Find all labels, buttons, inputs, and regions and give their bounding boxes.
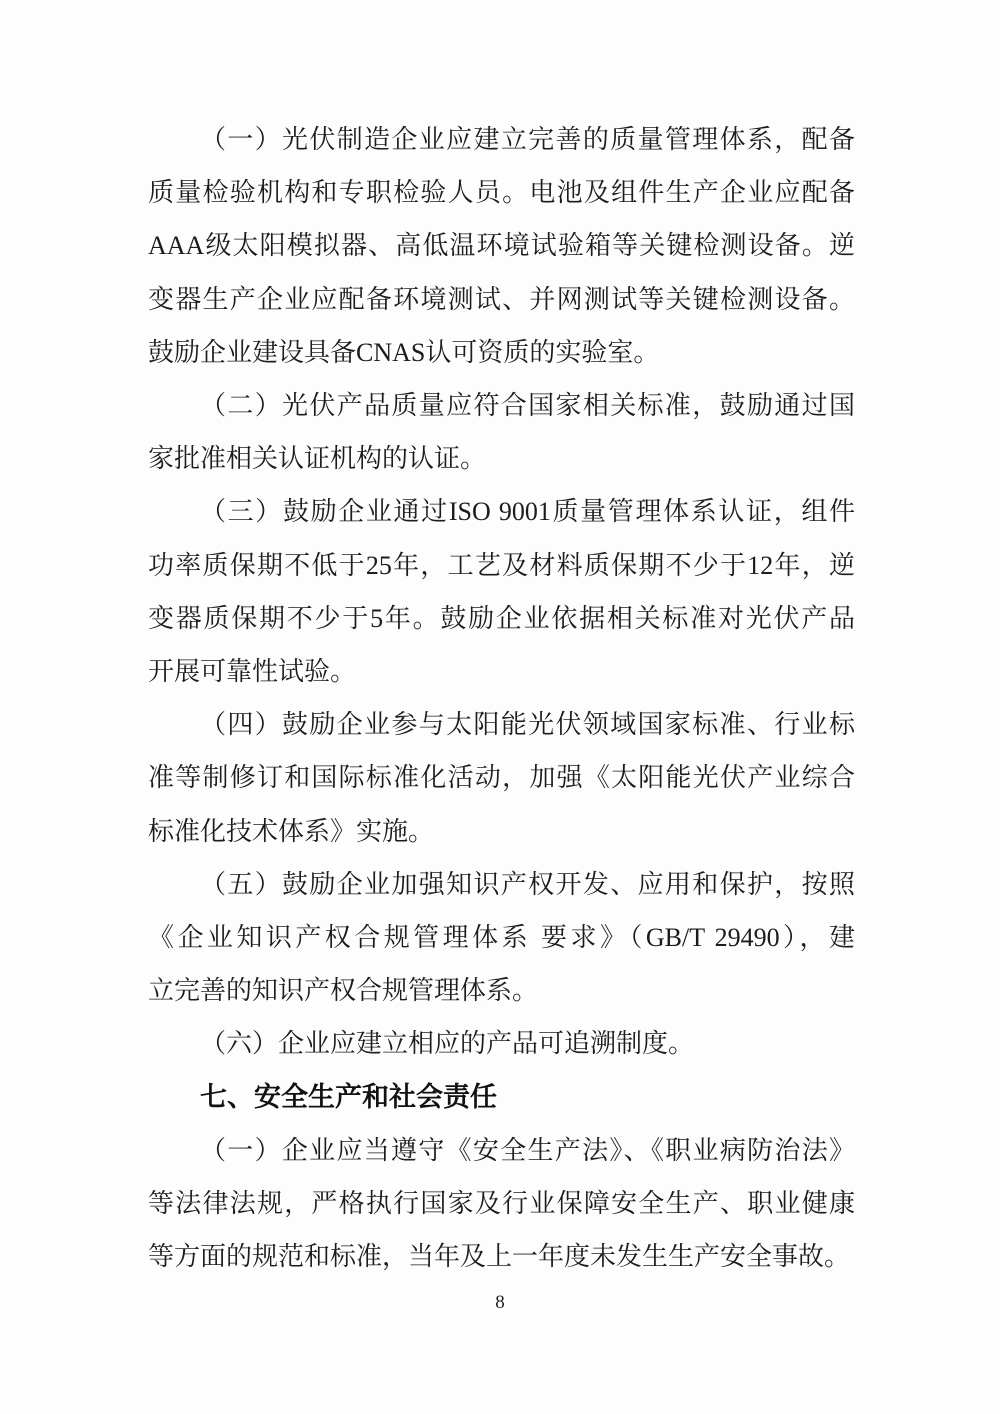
text-line: 变器生产企业应配备环境测试、并网测试等关键检测设备。 [148,273,855,326]
text-line: （一）企业应当遵守《安全生产法》、《职业病防治法》 [148,1124,855,1177]
text-line: 开展可靠性试验。 [148,645,855,698]
text-line: 功率质保期不低于25年，工艺及材料质保期不少于12年，逆 [148,539,855,592]
text-line: 等法律法规，严格执行国家及行业保障安全生产、职业健康 [148,1177,855,1230]
text-line: （四）鼓励企业参与太阳能光伏领域国家标准、行业标 [148,698,855,751]
text-line: （二）光伏产品质量应符合国家相关标准，鼓励通过国 [148,379,855,432]
text-line: （六）企业应建立相应的产品可追溯制度。 [148,1017,855,1070]
paragraph-traceability: （六）企业应建立相应的产品可追溯制度。 [148,1017,855,1070]
paragraph-intellectual-property: （五）鼓励企业加强知识产权开发、应用和保护，按照 《企业知识产权合规管理体系 要… [148,858,855,1018]
text-line: 等方面的规范和标准，当年及上一年度未发生生产安全事故。 [148,1230,855,1283]
text-line: （三）鼓励企业通过ISO 9001质量管理体系认证，组件 [148,485,855,538]
text-line: 标准化技术体系》实施。 [148,805,855,858]
document-page: （一）光伏制造企业应建立完善的质量管理体系，配备 质量检验机构和专职检验人员。电… [0,0,1000,1414]
section-heading-safety: 七、安全生产和社会责任 [148,1071,855,1124]
text-line: 鼓励企业建设具备CNAS认可资质的实验室。 [148,326,855,379]
text-line: 家批准相关认证机构的认证。 [148,432,855,485]
text-line: 立完善的知识产权合规管理体系。 [148,964,855,1017]
page-body: （一）光伏制造企业应建立完善的质量管理体系，配备 质量检验机构和专职检验人员。电… [148,113,855,1283]
text-line: （五）鼓励企业加强知识产权开发、应用和保护，按照 [148,858,855,911]
page-number: 8 [0,1292,1000,1314]
paragraph-safety-laws: （一）企业应当遵守《安全生产法》、《职业病防治法》 等法律法规，严格执行国家及行… [148,1124,855,1284]
paragraph-product-standards: （二）光伏产品质量应符合国家相关标准，鼓励通过国 家批准相关认证机构的认证。 [148,379,855,485]
text-line: AAA级太阳模拟器、高低温环境试验箱等关键检测设备。逆 [148,219,855,272]
text-line: 质量检验机构和专职检验人员。电池及组件生产企业应配备 [148,166,855,219]
text-line: 变器质保期不少于5年。鼓励企业依据相关标准对光伏产品 [148,592,855,645]
text-line: （一）光伏制造企业应建立完善的质量管理体系，配备 [148,113,855,166]
text-line: 《企业知识产权合规管理体系 要求》（GB/T 29490），建 [148,911,855,964]
paragraph-quality-system: （一）光伏制造企业应建立完善的质量管理体系，配备 质量检验机构和专职检验人员。电… [148,113,855,379]
text-line: 准等制修订和国际标准化活动，加强《太阳能光伏产业综合 [148,751,855,804]
paragraph-standardization: （四）鼓励企业参与太阳能光伏领域国家标准、行业标 准等制修订和国际标准化活动，加… [148,698,855,858]
paragraph-iso-certification: （三）鼓励企业通过ISO 9001质量管理体系认证，组件 功率质保期不低于25年… [148,485,855,698]
